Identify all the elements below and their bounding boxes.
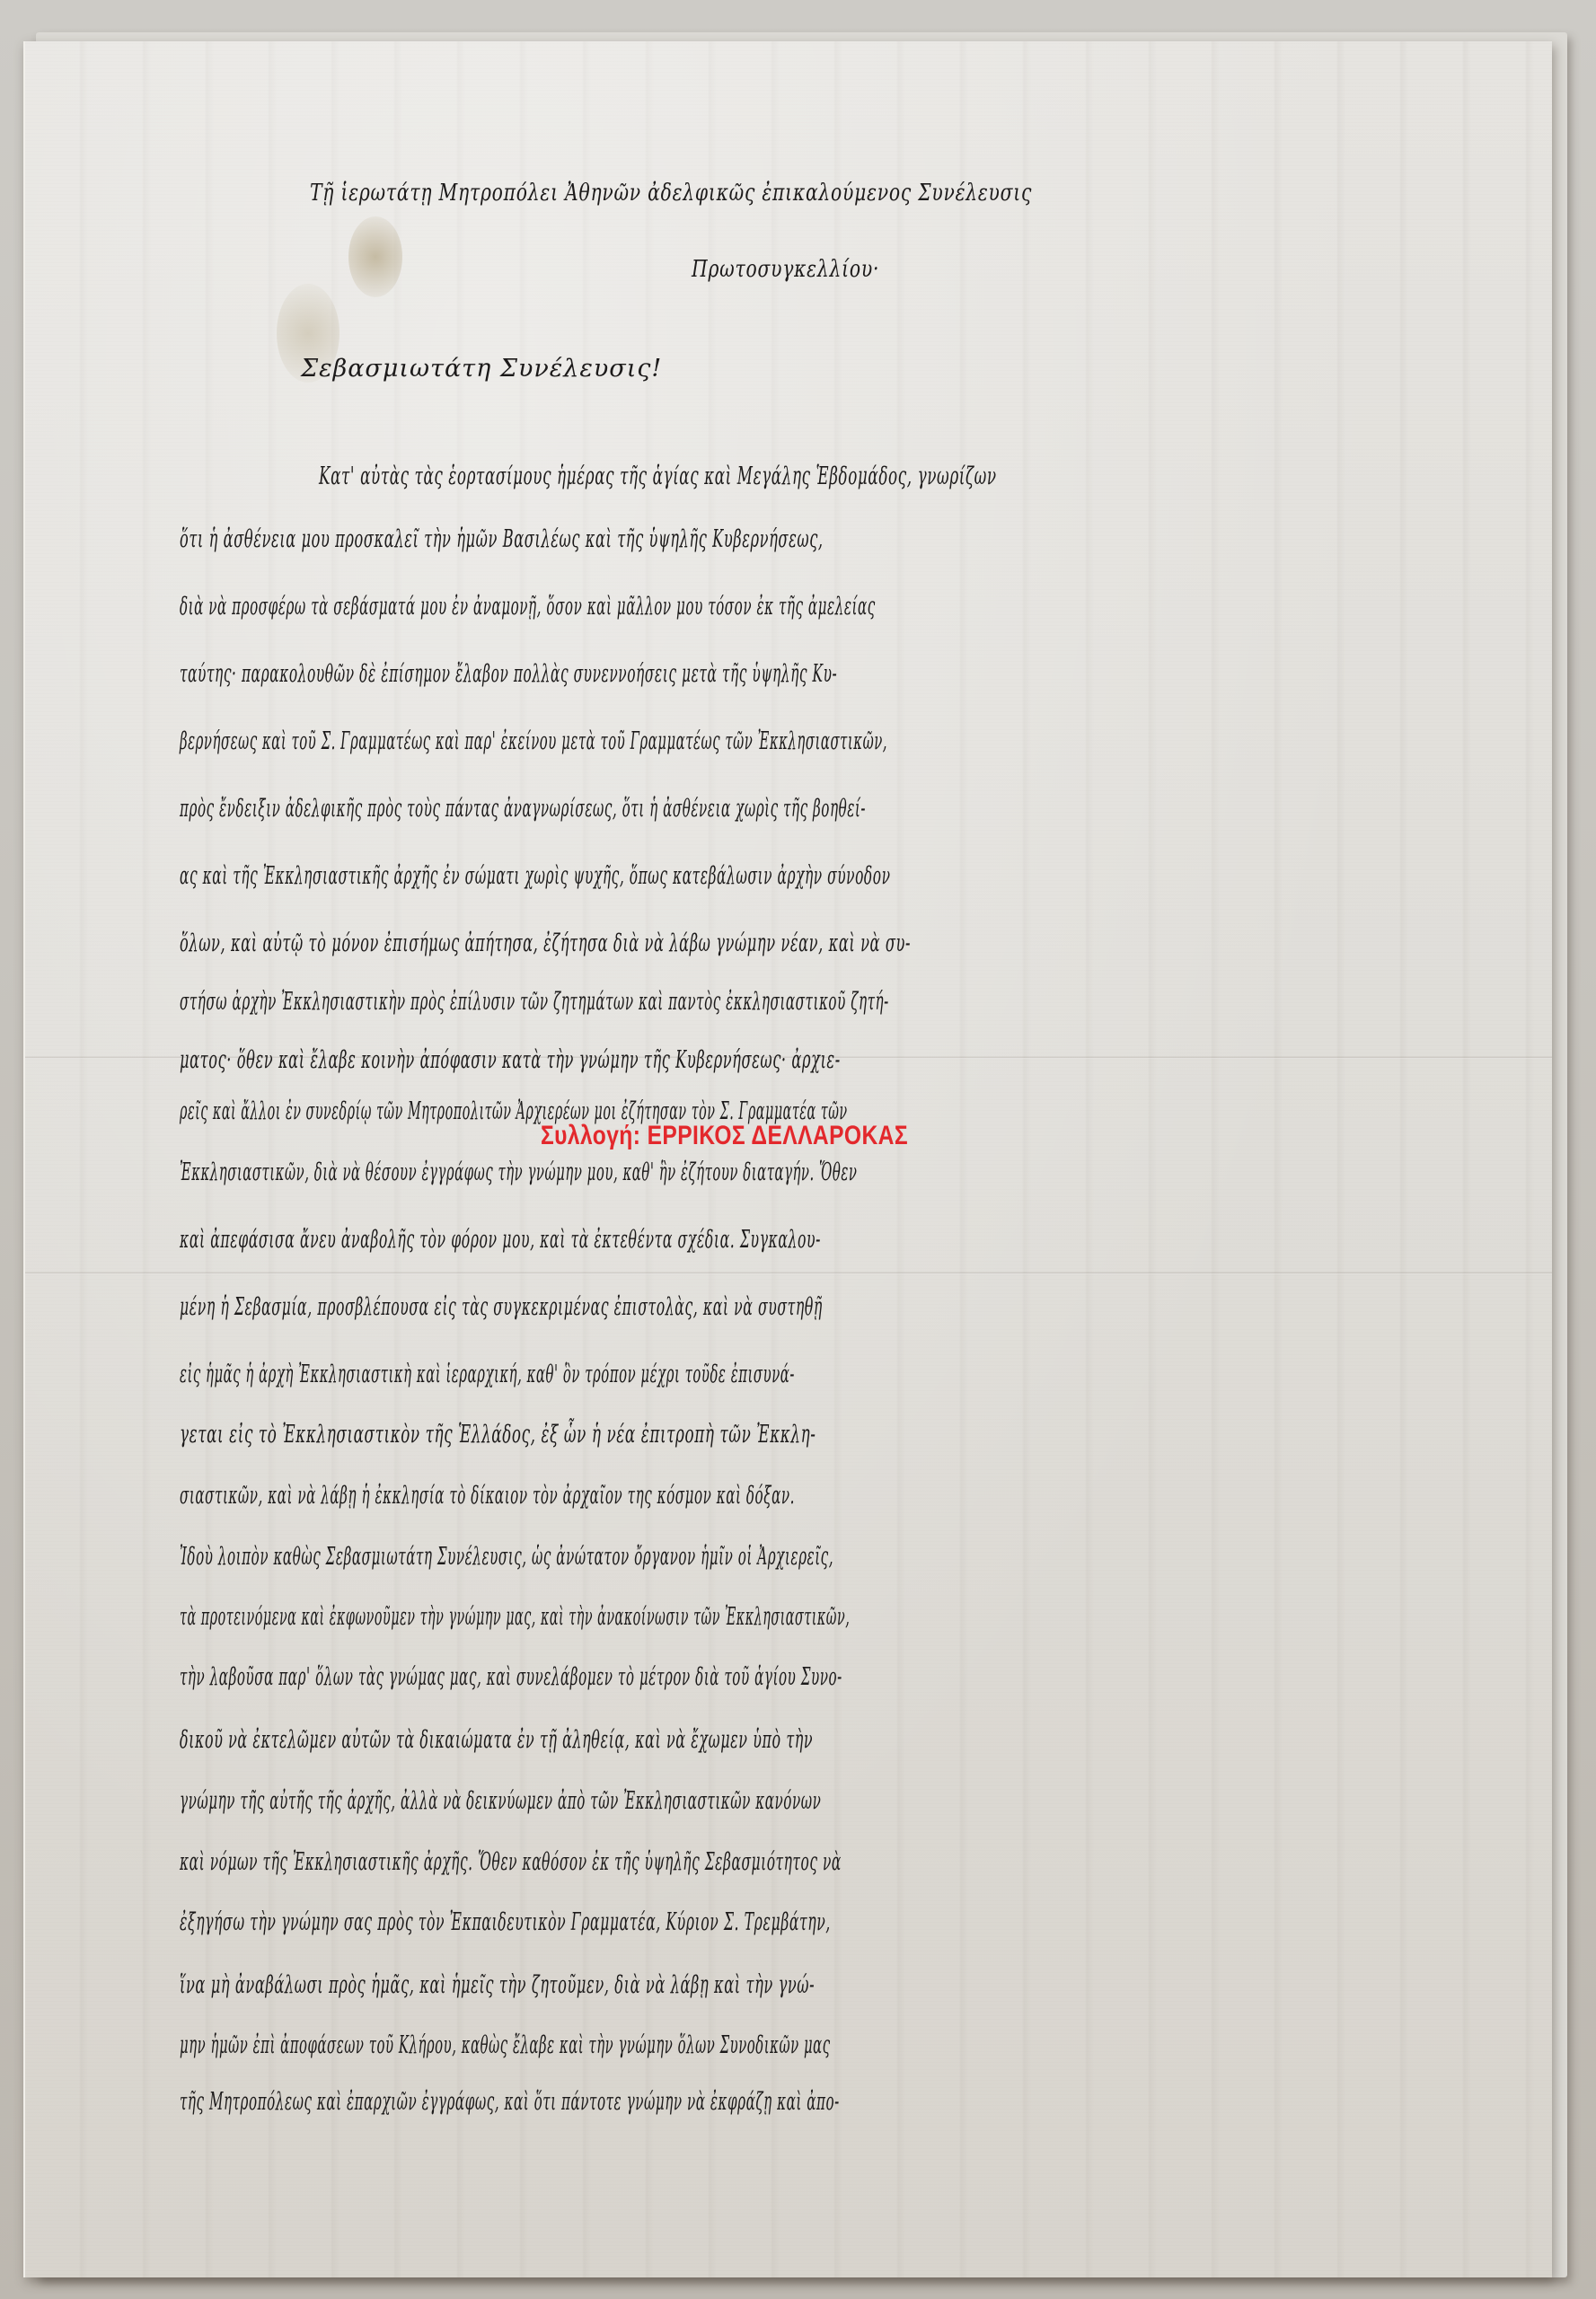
heading-line-2: Πρωτοσυγκελλίου· <box>692 256 879 283</box>
body-line: διὰ νὰ προσφέρω τὰ σεβάσματά μου ἐν ἀναμ… <box>180 593 876 621</box>
body-line: γνώμην τῆς αὐτῆς τῆς ἀρχῆς, ἀλλὰ νὰ δεικ… <box>180 1787 821 1815</box>
body-line: τῆς Μητροπόλεως καὶ ἐπαρχιῶν ἐγγράφως, κ… <box>180 2088 840 2116</box>
body-line: γεται εἰς τὸ Ἐκκλησιαστικὸν τῆς Ἑλλάδος,… <box>180 1421 816 1449</box>
body-line: Ἐκκλησιαστικῶν, διὰ νὰ θέσουν ἐγγράφως τ… <box>180 1158 858 1186</box>
ink-stain <box>348 216 402 297</box>
body-line: ας καὶ τῆς Ἐκκλησιαστικῆς ἀρχῆς ἐν σώματ… <box>180 862 891 890</box>
body-line: μην ἡμῶν ἐπὶ ἀποφάσεων τοῦ Κλήρου, καθὼς… <box>180 2031 831 2059</box>
body-line: δικοῦ νὰ ἐκτελῶμεν αὐτῶν τὰ δικαιώματα ἐ… <box>180 1726 813 1754</box>
body-line: ὅλων, καὶ αὐτῷ τὸ μόνον ἐπισήμως ἀπήτησα… <box>180 929 911 957</box>
body-line: ὅτι ἡ ἀσθένεια μου προσκαλεῖ τὴν ἡμῶν Βα… <box>180 525 824 553</box>
body-line: καὶ νόμων τῆς Ἐκκλησιαστικῆς ἀρχῆς. Ὅθεν… <box>180 1848 842 1876</box>
body-line: βερνήσεως καὶ τοῦ Σ. Γραμματέως καὶ παρ'… <box>180 727 887 755</box>
body-line: τὴν λαβοῦσα παρ' ὅλων τὰς γνώμας μας, κα… <box>180 1663 842 1691</box>
body-line: πρὸς ἔνδειξιν ἀδελφικῆς πρὸς τοὺς πάντας… <box>180 795 866 823</box>
body-line: καὶ ἀπεφάσισα ἄνευ ἀναβολῆς τὸν φόρον μο… <box>180 1226 821 1254</box>
body-line: μένη ἡ Σεβασμία, προσβλέπουσα εἰς τὰς συ… <box>180 1293 823 1321</box>
body-line: εἰς ἡμᾶς ἡ ἀρχὴ Ἐκκλησιαστικὴ καὶ ἱεραρχ… <box>180 1361 795 1388</box>
salutation: Σεβασμιωτάτη Συνέλευσις! <box>301 355 662 383</box>
body-line: ταύτης· παρακολουθῶν δὲ ἐπίσημον ἔλαβον … <box>180 660 837 688</box>
body-line: Κατ' αὐτὰς τὰς ἑορτασίμους ἡμέρας τῆς ἁγ… <box>319 462 997 490</box>
heading-line-1: Τῇ ἱερωτάτῃ Μητροπόλει Ἀθηνῶν ἀδελφικῶς … <box>310 180 1032 207</box>
paper-fold <box>25 1272 1552 1274</box>
body-line: Ἰδοὺ λοιπὸν καθὼς Σεβασμιωτάτη Συνέλευσι… <box>180 1543 833 1571</box>
body-line: σιαστικῶν, καὶ νὰ λάβῃ ἡ ἐκκλησία τὸ δίκ… <box>180 1482 795 1510</box>
body-line: ἐξηγήσω τὴν γνώμην σας πρὸς τὸν Ἐκπαιδευ… <box>180 1908 831 1936</box>
body-line: στήσω ἀρχὴν Ἐκκλησιαστικὴν πρὸς ἐπίλυσιν… <box>180 988 889 1016</box>
body-line: ματος· ὅθεν καὶ ἔλαβε κοινὴν ἀπόφασιν κα… <box>180 1046 841 1074</box>
body-line: ἵνα μὴ ἀναβάλωσι πρὸς ἡμᾶς, καὶ ἡμεῖς τὴ… <box>180 1971 815 1999</box>
collection-watermark: Συλλογή: ΕΡΡΙΚΟΣ ΔΕΛΛΑΡΟΚΑΣ <box>541 1121 908 1151</box>
body-line: τὰ προτεινόμενα καὶ ἐκφωνοῦμεν τὴν γνώμη… <box>180 1603 850 1631</box>
